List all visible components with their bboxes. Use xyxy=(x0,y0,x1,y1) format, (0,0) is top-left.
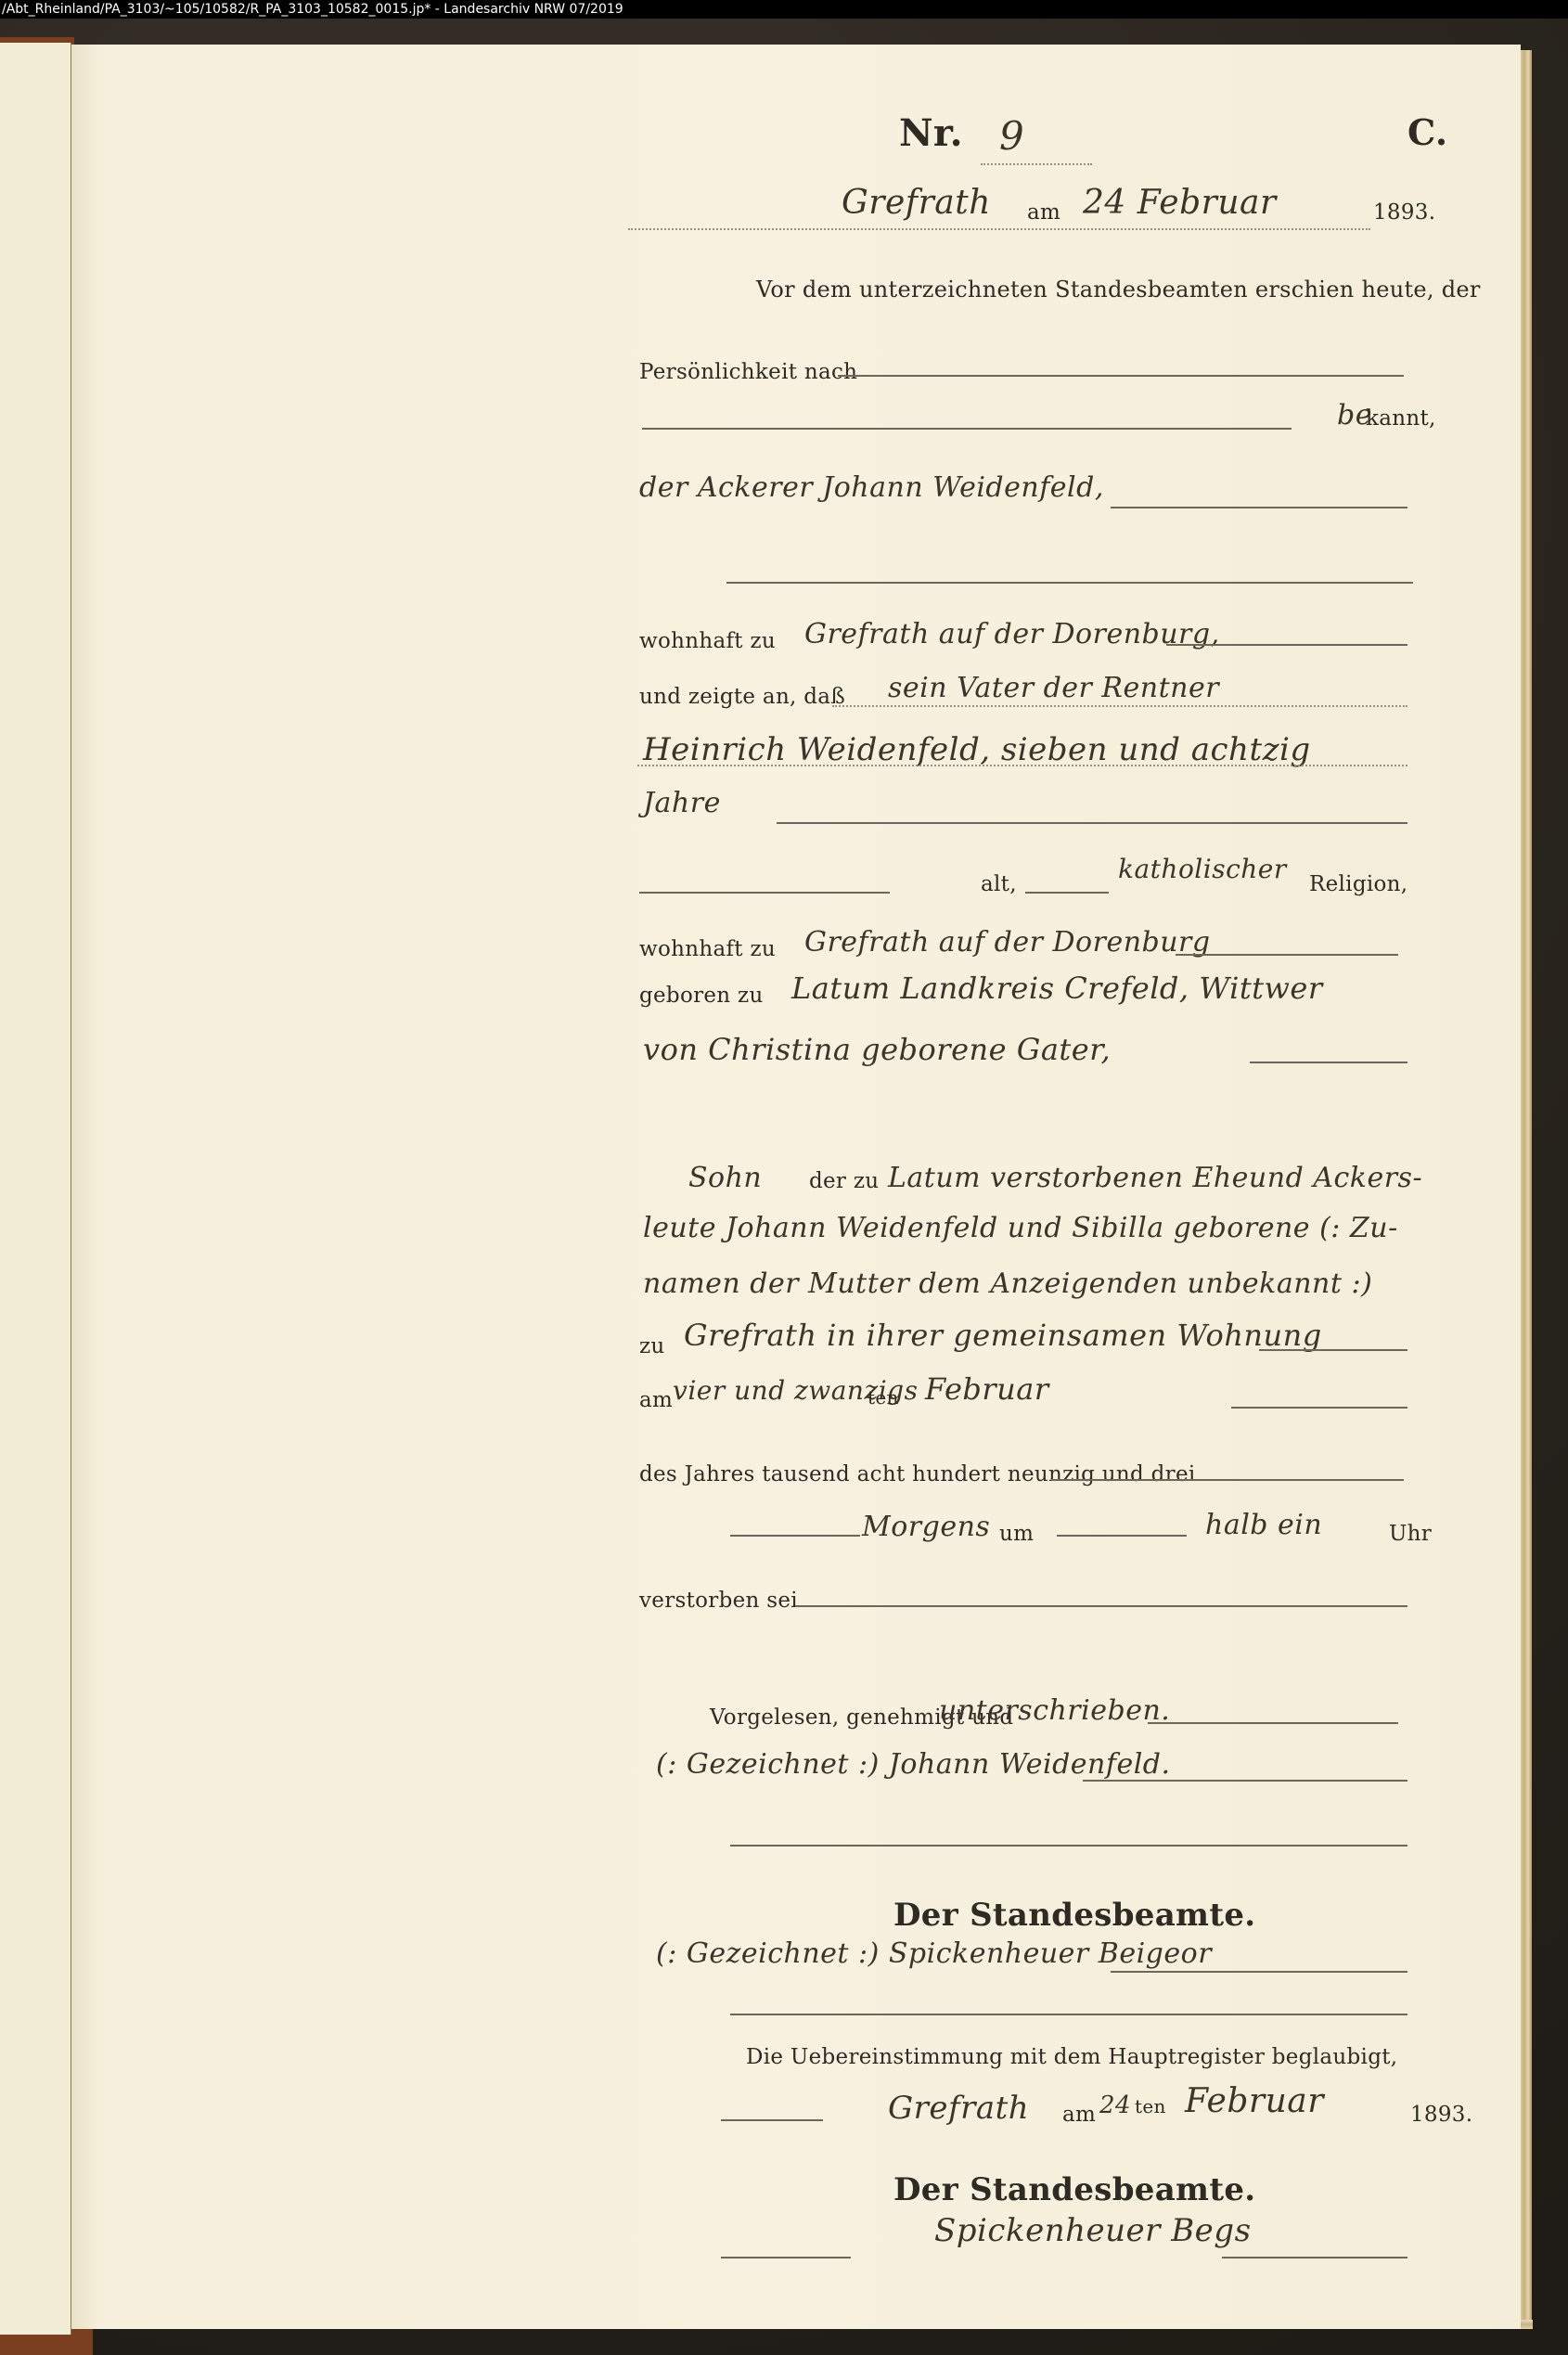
morning-value: Morgens xyxy=(862,1511,990,1543)
verstorben-label: verstorben sei xyxy=(639,1589,798,1613)
informant-signature: (: Gezeichnet :) Johann Weidenfeld. xyxy=(656,1748,1171,1781)
um-label: um xyxy=(999,1522,1034,1546)
header-date: 24 Februar xyxy=(1083,184,1277,222)
death-day-label: am xyxy=(639,1388,673,1412)
death-place-line xyxy=(1259,1349,1407,1351)
signature-separator xyxy=(730,1845,1407,1847)
header-line xyxy=(628,228,1370,230)
nr-value: 9 xyxy=(999,113,1024,159)
cert-official-title: Der Standesbeamte. xyxy=(893,2171,1255,2208)
wohnhaft-line xyxy=(1166,644,1407,646)
form-letter: C. xyxy=(1407,111,1447,153)
religion-label: Religion, xyxy=(1309,872,1407,896)
alt-line-left xyxy=(639,892,890,894)
window-title-bar: /Abt_Rheinland/PA_3103/~105/10582/R_PA_3… xyxy=(0,0,1568,19)
zeigte-line xyxy=(832,705,1407,707)
official-signature-line xyxy=(1111,1971,1407,1973)
intro-line1: Vor dem unterzeichneten Standesbeamten e… xyxy=(756,277,1481,302)
uhr-label: Uhr xyxy=(1389,1522,1432,1546)
alt-label: alt, xyxy=(981,872,1017,896)
bekannt-label: kannt, xyxy=(1366,406,1436,431)
cert-place: Grefrath xyxy=(888,2090,1029,2127)
register-page: Nr. 9 C. Grefrath am 24 Februar 1893. Vo… xyxy=(71,45,1521,2329)
official-separator xyxy=(730,2014,1407,2015)
deceased-wohnhaft-label: wohnhaft zu xyxy=(639,937,776,961)
cert-signature-line-left xyxy=(721,2257,851,2258)
zeigte-value: sein Vater der Rentner xyxy=(888,672,1219,704)
window-title: /Abt_Rheinland/PA_3103/~105/10582/R_PA_3… xyxy=(2,2,623,17)
header-year: 1893. xyxy=(1373,200,1435,225)
deceased-wohnhaft-line xyxy=(1176,954,1398,956)
death-place-value: Grefrath in ihrer gemeinsamen Wohnung xyxy=(684,1318,1322,1353)
cert-month: Februar xyxy=(1185,2082,1324,2120)
death-day-ten: ten xyxy=(868,1386,899,1409)
death-place-label: zu xyxy=(639,1334,665,1358)
hour-line xyxy=(1057,1535,1187,1537)
informant-signature-line xyxy=(1083,1780,1407,1782)
cert-signature-line-right xyxy=(1222,2257,1407,2258)
religion-value: katholischer xyxy=(1118,854,1287,884)
death-month: Februar xyxy=(925,1371,1049,1407)
parents-line2: leute Johann Weidenfeld und Sibilla gebo… xyxy=(643,1212,1398,1244)
nr-label: Nr. xyxy=(899,111,963,155)
left-page-edge xyxy=(0,43,71,2335)
certification-text: Die Uebereinstimmung mit dem Hauptregist… xyxy=(746,2045,1397,2069)
vorgelesen-value: unterschrieben. xyxy=(939,1694,1170,1727)
header-am-label: am xyxy=(1027,200,1060,225)
hour-value: halb ein xyxy=(1205,1509,1322,1541)
verstorben-line xyxy=(795,1605,1407,1607)
zeigte-label: und zeigte an, daß xyxy=(639,685,845,709)
spouse-underline xyxy=(1250,1062,1407,1063)
deceased-wohnhaft-value: Grefrath auf der Dorenburg xyxy=(804,926,1211,959)
deceased-name-underline xyxy=(637,765,1407,766)
official-title: Der Standesbeamte. xyxy=(893,1897,1255,1934)
informant-wohnhaft-label: wohnhaft zu xyxy=(639,629,776,653)
geboren-label: geboren zu xyxy=(639,984,764,1008)
jahre-line xyxy=(777,822,1407,824)
bekannt-line xyxy=(642,428,1292,430)
intro-persoenlichkeit-label: Persönlichkeit nach xyxy=(639,360,857,384)
alt-line-right xyxy=(1025,892,1109,894)
cert-am-label: am xyxy=(1062,2103,1096,2127)
nr-line xyxy=(981,163,1092,165)
persoenlichkeit-line xyxy=(838,375,1404,377)
official-signature: (: Gezeichnet :) Spickenheuer Beigeor xyxy=(656,1937,1212,1970)
header-place: Grefrath xyxy=(842,184,991,222)
cert-place-line xyxy=(721,2119,823,2121)
page-stack-edge-right xyxy=(1521,50,1532,2329)
cert-signature: Spickenheuer Begs xyxy=(934,2212,1252,2249)
cert-year: 1893. xyxy=(1410,2103,1472,2127)
informant-wohnhaft-value: Grefrath auf der Dorenburg, xyxy=(804,618,1220,650)
parents-sohn: Sohn xyxy=(688,1162,762,1194)
vorgelesen-line xyxy=(1148,1722,1398,1724)
deceased-name-line: Heinrich Weidenfeld, sieben und achtzig xyxy=(643,731,1311,768)
geboren-value: Latum Landkreis Crefeld, Wittwer xyxy=(791,971,1323,1006)
informant-name: der Ackerer Johann Weidenfeld, xyxy=(639,471,1104,504)
death-day-line xyxy=(1231,1407,1407,1409)
jahre-value: Jahre xyxy=(643,787,721,819)
year-line xyxy=(1051,1479,1404,1481)
parents-der-zu: der zu xyxy=(809,1169,879,1193)
blank-line xyxy=(726,582,1413,584)
spouse-line: von Christina geborene Gater, xyxy=(643,1032,1111,1067)
morning-line xyxy=(730,1535,860,1537)
cert-day: 24 xyxy=(1099,2091,1131,2119)
year-text: des Jahres tausend acht hundert neunzig … xyxy=(639,1462,1196,1486)
parents-line3: namen der Mutter dem Anzeigenden unbekan… xyxy=(643,1268,1372,1300)
parents-line1-value: Latum verstorbenen Eheund Ackers- xyxy=(888,1162,1422,1194)
informant-line xyxy=(1111,507,1407,508)
cert-ten: ten xyxy=(1135,2095,1166,2117)
